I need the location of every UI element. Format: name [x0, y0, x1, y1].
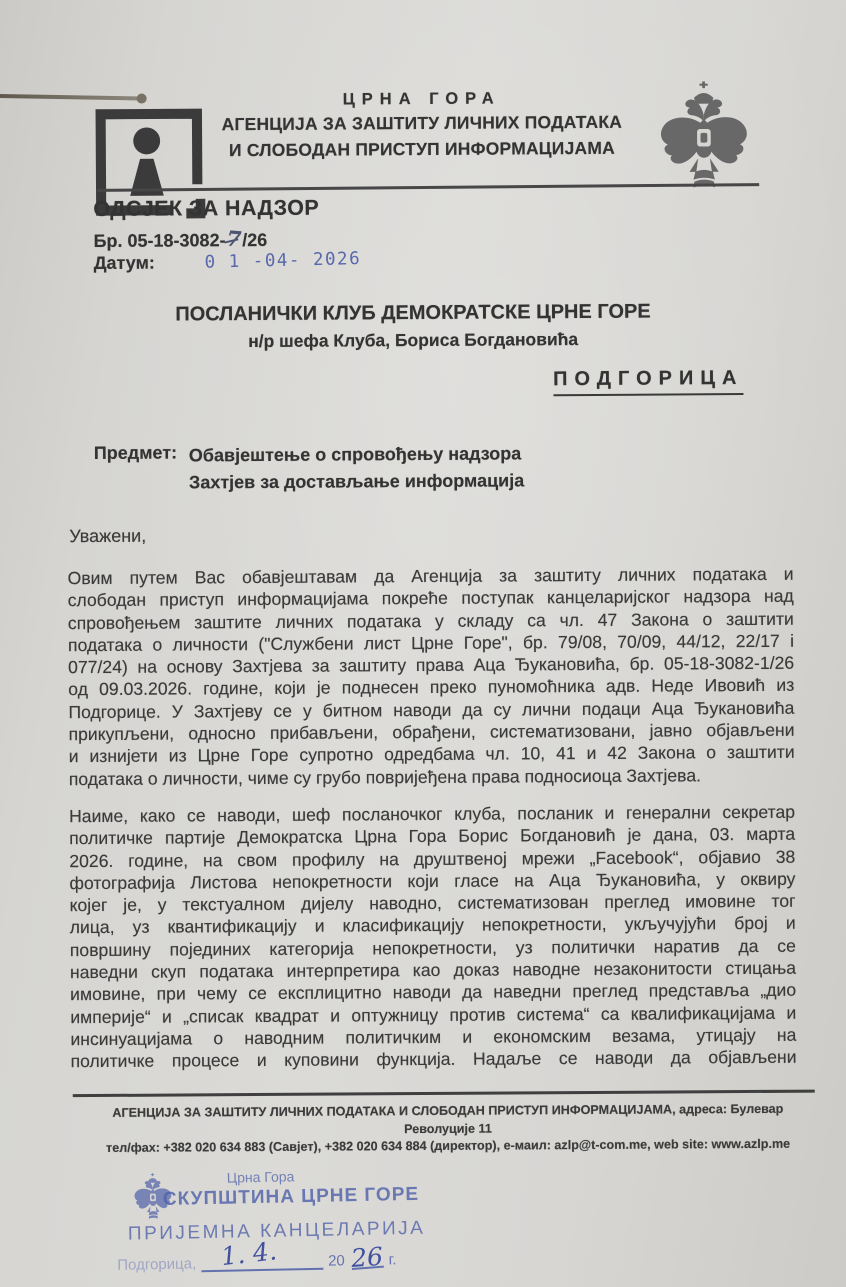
- stamp-date-blank: 1. 4.: [201, 1251, 323, 1272]
- date-stamp: 0 1 -04- 2026: [204, 249, 361, 273]
- subject-line1: Обавјештење о спровођењу надзора: [189, 440, 524, 469]
- reception-stamp: Црна Гора СКУПШТИНА ЦРНЕ ГОРЕ ПРИЈЕМНА К…: [120, 1159, 542, 1287]
- reference-number-handwritten: 7: [226, 226, 243, 252]
- subject-label: Предмет:: [94, 442, 177, 464]
- footer-divider: [73, 1090, 815, 1098]
- footer-address: АГЕНЦИЈА ЗА ЗАШТИТУ ЛИЧНИХ ПОДАТАКА И СЛ…: [78, 1101, 818, 1141]
- body-line: података о личности, чиме су грубо поври…: [69, 763, 795, 790]
- paper-pin: [0, 94, 143, 101]
- subject-lines: Обавјештење о спровођењу надзора Захтјев…: [189, 440, 525, 496]
- stamp-year-suffix: г.: [388, 1251, 396, 1268]
- recipient-city: ПОДГОРИЦА: [553, 367, 743, 396]
- recipient-attn: н/р шефа Клуба, Бориса Богдановића: [88, 328, 738, 353]
- footer: АГЕНЦИЈА ЗА ЗАШТИТУ ЛИЧНИХ ПОДАТАКА И СЛ…: [78, 1101, 818, 1158]
- reference-number: Бр. 05-18-3082-7/26: [93, 226, 267, 252]
- section-title: ОДСЈЕК ЗА НАДЗОР: [93, 196, 319, 222]
- paragraph-2: Наиме, како се наводи, шеф посланочког к…: [69, 801, 797, 1073]
- footer-contacts: тел/фах: +382 020 634 883 (Савјет), +382…: [78, 1136, 818, 1158]
- letterhead-agency-line2: И СЛОБОДАН ПРИСТУП ИНФОРМАЦИЈАМА: [187, 137, 657, 163]
- body-line: политичке процесе и куповини функција. Н…: [70, 1046, 796, 1073]
- montenegro-coat-of-arms-icon: [649, 81, 760, 194]
- scanned-letter-page: ЦРНА ГОРА АГЕНЦИЈА ЗА ЗАШТИТУ ЛИЧНИХ ПОД…: [0, 0, 846, 1287]
- paragraph-1: Овим путем Вас обавјештавам да Агенција …: [68, 563, 795, 790]
- letterhead: ЦРНА ГОРА АГЕНЦИЈА ЗА ЗАШТИТУ ЛИЧНИХ ПОД…: [187, 89, 657, 163]
- recipient-city-wrap: ПОДГОРИЦА: [428, 367, 743, 397]
- stamp-handwritten-year: 26: [350, 1248, 383, 1270]
- letterhead-country: ЦРНА ГОРА: [187, 89, 657, 111]
- reference-number-suffix: /26: [242, 230, 267, 250]
- stamp-handwritten-day: 1. 4.: [220, 1236, 278, 1271]
- date-label: Датум:: [94, 253, 155, 274]
- reference-number-prefix: Бр. 05-18-3082-: [93, 230, 225, 251]
- letterhead-agency-line1: АГЕНЦИЈА ЗА ЗАШТИТУ ЛИЧНИХ ПОДАТАКА: [187, 111, 657, 137]
- stamp-country: Црна Гора: [160, 1167, 360, 1187]
- salutation: Уважени,: [69, 526, 146, 547]
- recipient-block: ПОСЛАНИЧКИ КЛУБ ДЕМОКРАТСКЕ ЦРНЕ ГОРЕ н/…: [88, 300, 738, 353]
- recipient-name: ПОСЛАНИЧКИ КЛУБ ДЕМОКРАТСКЕ ЦРНЕ ГОРЕ: [88, 300, 738, 327]
- stamp-date-line: Подгорица, 1. 4. 20 26 г.: [117, 1245, 537, 1273]
- subject-line2: Захтјев за достављање информација: [189, 467, 524, 496]
- stamp-year-prefix: 20: [328, 1252, 345, 1269]
- stamp-city: Подгорица,: [117, 1255, 196, 1274]
- stamp-office: ПРИЈЕМНА КАНЦЕЛАРИЈА: [106, 1217, 446, 1246]
